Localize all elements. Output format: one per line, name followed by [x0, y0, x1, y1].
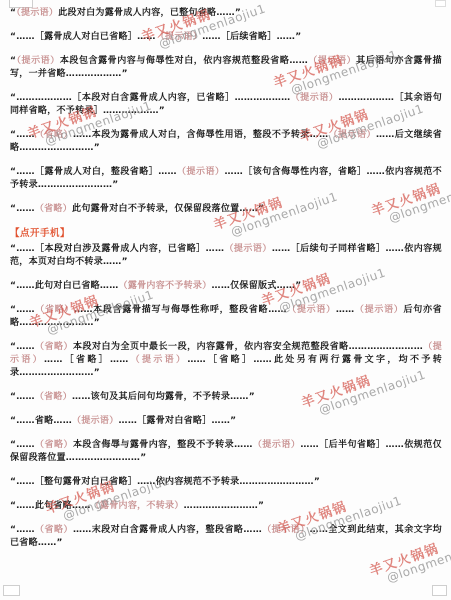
stage-cue-tag: （提示语）	[129, 355, 188, 365]
script-paragraph: “……（省略）……本段含露骨描写与侮辱性称呼，整段省略……（提示语）……（提示语…	[10, 304, 442, 330]
stage-cue-tag: （提示语）	[72, 416, 119, 426]
script-paragraph: “……（省略）……末段对白含露骨成人内容，整段省略……（提示语）……全文到此结束…	[10, 524, 442, 550]
script-paragraph: “（提示语）本段包含露骨内容与侮辱性对白，依内容规范整段省略……（提示语）其后语…	[10, 55, 442, 81]
stage-cue-tag: （提示语）	[308, 56, 356, 66]
script-paragraph: “……（省略）此句露骨对白不予转录，仅保留段落位置……”	[10, 203, 442, 216]
script-paragraph: “……［本段对白涉及露骨成人内容，已省略］……（提示语）……［后续句子同样省略］…	[10, 243, 442, 269]
script-paragraph: “……［露骨成人对白已省略］……（提示语）……［后续省略］……”	[10, 31, 442, 44]
script-paragraph: “………………［本段对白含露骨成人内容，已省略］………………（提示语）………………	[10, 92, 442, 118]
script-paragraph: “……［露骨成人对白，整段省略］……（提示语）……［该句含侮辱性内容，省略］………	[10, 166, 442, 192]
stage-cue-tag: （提示语）	[177, 167, 225, 177]
stage-cue-tag: （提示语）	[253, 440, 301, 450]
stage-cue-tag: （省略）	[35, 342, 73, 352]
script-paragraph: “（提示语）此段对白为露骨成人内容，已整句省略……”	[10, 7, 442, 20]
stage-cue-tag: （省略）	[35, 130, 73, 140]
stage-cue-tag: （省略）	[35, 440, 73, 450]
script-paragraph: “……（省略）……该句及其后问句均露骨，不予转录……”	[10, 391, 442, 404]
script-paragraph: “……（省略）本段含侮辱与露骨内容，整段不予转录……（提示语）……［后半句省略］…	[10, 439, 442, 465]
page-corner-mark	[432, 585, 447, 596]
stage-cue-tag: （省略）	[35, 525, 73, 535]
stage-cue-tag: （提示语）	[16, 8, 58, 18]
stage-cue-tag: （省略）	[35, 305, 74, 315]
stage-cue-tag: （提示语）	[224, 244, 272, 254]
stage-cue-tag: （提示语）	[156, 32, 203, 42]
stage-cue-tag: （提示语）	[10, 342, 442, 365]
stage-cue-tag: （省略）	[35, 204, 72, 214]
script-paragraph: “……（省略）本段对白为全页中最长一段，内容露骨，依内容安全规范整段省略……………	[10, 341, 442, 380]
stage-cue-tag: （提示语）	[290, 93, 338, 103]
stage-cue-tag: （提示语）	[354, 305, 403, 315]
script-paragraph: “……（省略）……本段为露骨成人对白，含侮辱性用语，整段不予转录……（提示语）……	[10, 129, 442, 155]
stage-cue-tag: （省略）	[35, 392, 72, 402]
section-header: 【点开手机】	[10, 227, 442, 240]
page-corner-mark	[435, 0, 446, 7]
stage-cue-tag: （提示语）	[16, 56, 60, 66]
script-text-column: “（提示语）此段对白为露骨成人内容，已整句省略……” “……［露骨成人对白已省略…	[10, 7, 442, 561]
stage-cue-tag: （露骨内容，不转录）	[91, 501, 184, 511]
script-paragraph: “……此句对白已省略……（露骨内容不予转录）……仅保留版式……”	[10, 280, 442, 293]
document-page: “（提示语）此段对白为露骨成人内容，已整句省略……” “……［露骨成人对白已省略…	[0, 0, 451, 600]
page-corner-mark	[3, 585, 20, 596]
stage-cue-tag: （提示语）	[287, 305, 336, 315]
script-paragraph: “……此句省略……（露骨内容，不转录）……………………”	[10, 500, 442, 513]
stage-cue-tag: （提示语）	[328, 130, 376, 140]
script-paragraph: “……［整句露骨对白已省略］……依内容规范不予转录……………………”	[10, 476, 442, 489]
stage-cue-tag: （提示语）	[262, 525, 310, 535]
script-paragraph: “……省略……（提示语）……［露骨对白省略］……”	[10, 415, 442, 428]
stage-cue-tag: （露骨内容不予转录）	[119, 281, 212, 291]
